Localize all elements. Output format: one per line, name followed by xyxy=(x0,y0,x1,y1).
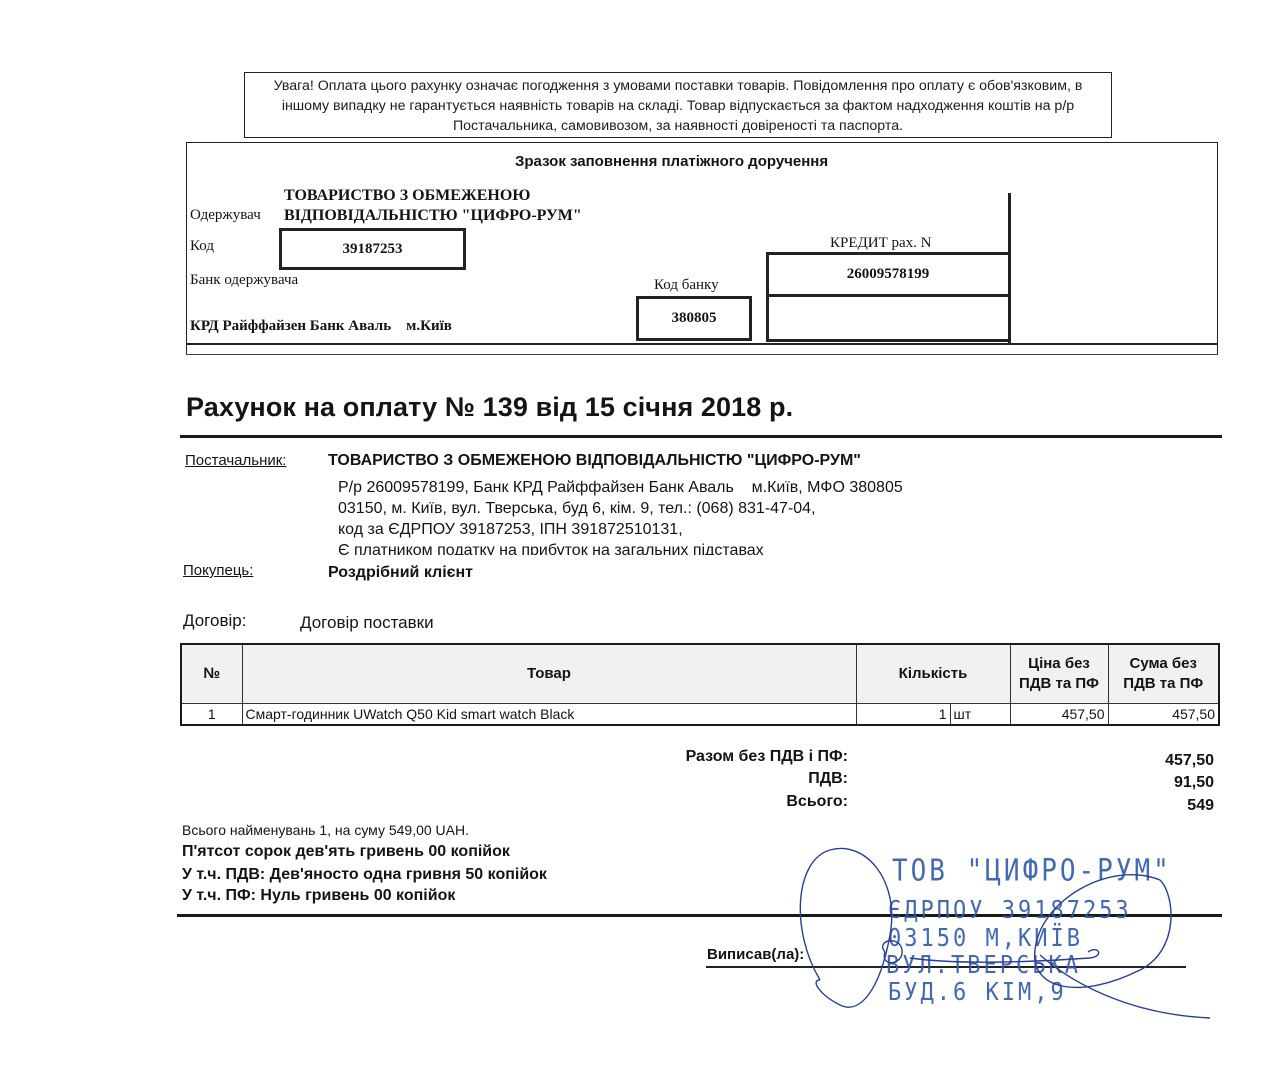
divider xyxy=(186,343,1218,345)
invoice-title: Рахунок на оплату № 139 від 15 січня 201… xyxy=(186,392,793,423)
stamp-line: ЄДРПОУ 39187253 xyxy=(888,896,1132,925)
row-unit: шт xyxy=(950,704,1010,726)
buyer-name: Роздрібний клієнт xyxy=(328,564,473,582)
code-label: Код xyxy=(190,238,214,255)
recipient-label: Одержувач xyxy=(190,207,261,224)
bank-code-value-box: 380805 xyxy=(636,296,752,341)
pf-in-words: У т.ч. ПФ: Нуль гривень 00 копійок xyxy=(182,887,455,905)
row-item: Смарт-годинник UWatch Q50 Kid smart watc… xyxy=(242,704,856,726)
items-table: № Товар Кількість Ціна без ПДВ та ПФ Сум… xyxy=(180,643,1220,726)
recipient-name-line2: ВІДПОВІДАЛЬНІСТЮ "ЦИФРО-РУМ" xyxy=(284,206,582,226)
divider xyxy=(180,435,1222,438)
bank-label: Банк одержувача xyxy=(190,272,298,289)
contract-value: Договір поставки xyxy=(300,613,434,633)
subtotal-label: Разом без ПДВ і ПФ: xyxy=(548,748,848,766)
signature-scribble-icon xyxy=(780,840,1210,1020)
vat-in-words: У т.ч. ПДВ: Дев'яносто одна гривня 50 ко… xyxy=(182,866,547,884)
bank-name: КРД Райффайзен Банк Аваль м.Київ xyxy=(190,318,452,335)
amount-in-words: П'ятсот сорок дев'ять гривень 00 копійок xyxy=(182,843,510,861)
divider xyxy=(766,294,1010,297)
subtotal-value: 457,50 xyxy=(1094,752,1214,770)
row-number: 1 xyxy=(181,704,242,726)
supplier-label: Постачальник: xyxy=(185,452,286,469)
payment-warning-notice: Увага! Оплата цього рахунку означає пого… xyxy=(244,72,1112,138)
total-label: Всього: xyxy=(548,793,848,811)
bank-code-label: Код банку xyxy=(654,277,719,294)
vat-value: 91,50 xyxy=(1094,774,1214,792)
row-quantity: 1 xyxy=(856,704,950,726)
stamp-line: ТОВ "ЦИФРО-РУМ" xyxy=(892,854,1172,889)
recipient-name: ТОВАРИСТВО З ОБМЕЖЕНОЮ ВІДПОВІДАЛЬНІСТЮ … xyxy=(284,186,582,226)
column-header-number: № xyxy=(181,644,242,704)
supplier-detail-line: Р/р 26009578199, Банк КРД Райффайзен Бан… xyxy=(338,479,903,497)
table-header-row: № Товар Кількість Ціна без ПДВ та ПФ Сум… xyxy=(181,644,1219,704)
payment-sample-title: Зразок заповнення платіжного доручення xyxy=(515,153,828,170)
column-header-price: Ціна без ПДВ та ПФ xyxy=(1010,644,1108,704)
buyer-label: Покупець: xyxy=(183,562,253,579)
supplier-detail-line: Є платником податку на прибуток на загал… xyxy=(338,542,764,555)
contract-label: Договір: xyxy=(183,611,246,631)
credit-account-value: 26009578199 xyxy=(766,266,1010,283)
divider xyxy=(186,354,1218,355)
divider xyxy=(1008,193,1011,344)
supplier-detail-line: 03150, м. Київ, вул. Тверська, буд 6, кі… xyxy=(338,500,816,518)
recipient-name-line1: ТОВАРИСТВО З ОБМЕЖЕНОЮ xyxy=(284,186,582,206)
table-row: 1 Смарт-годинник UWatch Q50 Kid smart wa… xyxy=(181,704,1219,726)
supplier-name: ТОВАРИСТВО З ОБМЕЖЕНОЮ ВІДПОВІДАЛЬНІСТЮ … xyxy=(328,452,861,470)
row-sum: 457,50 xyxy=(1108,704,1219,726)
credit-account-label: КРЕДИТ рах. N xyxy=(830,235,931,252)
total-value: 549 xyxy=(1094,797,1214,815)
issued-by-label: Виписав(ла): xyxy=(707,946,804,963)
items-count-summary: Всього найменувань 1, на суму 549,00 UAH… xyxy=(182,822,469,838)
signature-line xyxy=(706,966,1186,968)
stamp-line: 03150 М,КИЇВ xyxy=(888,924,1083,953)
supplier-detail-line: код за ЄДРПОУ 39187253, ІПН 391872510131… xyxy=(338,521,683,539)
vat-label: ПДВ: xyxy=(548,770,848,788)
column-header-sum: Сума без ПДВ та ПФ xyxy=(1108,644,1219,704)
column-header-item: Товар xyxy=(242,644,856,704)
code-value-box: 39187253 xyxy=(279,228,466,270)
company-stamp: ТОВ "ЦИФРО-РУМ" ЄДРПОУ 39187253 03150 М,… xyxy=(780,840,1210,1020)
row-price: 457,50 xyxy=(1010,704,1108,726)
stamp-line: БУД.6 КІМ,9 xyxy=(888,978,1067,1007)
column-header-quantity: Кількість xyxy=(856,644,1010,704)
divider xyxy=(177,914,1222,917)
